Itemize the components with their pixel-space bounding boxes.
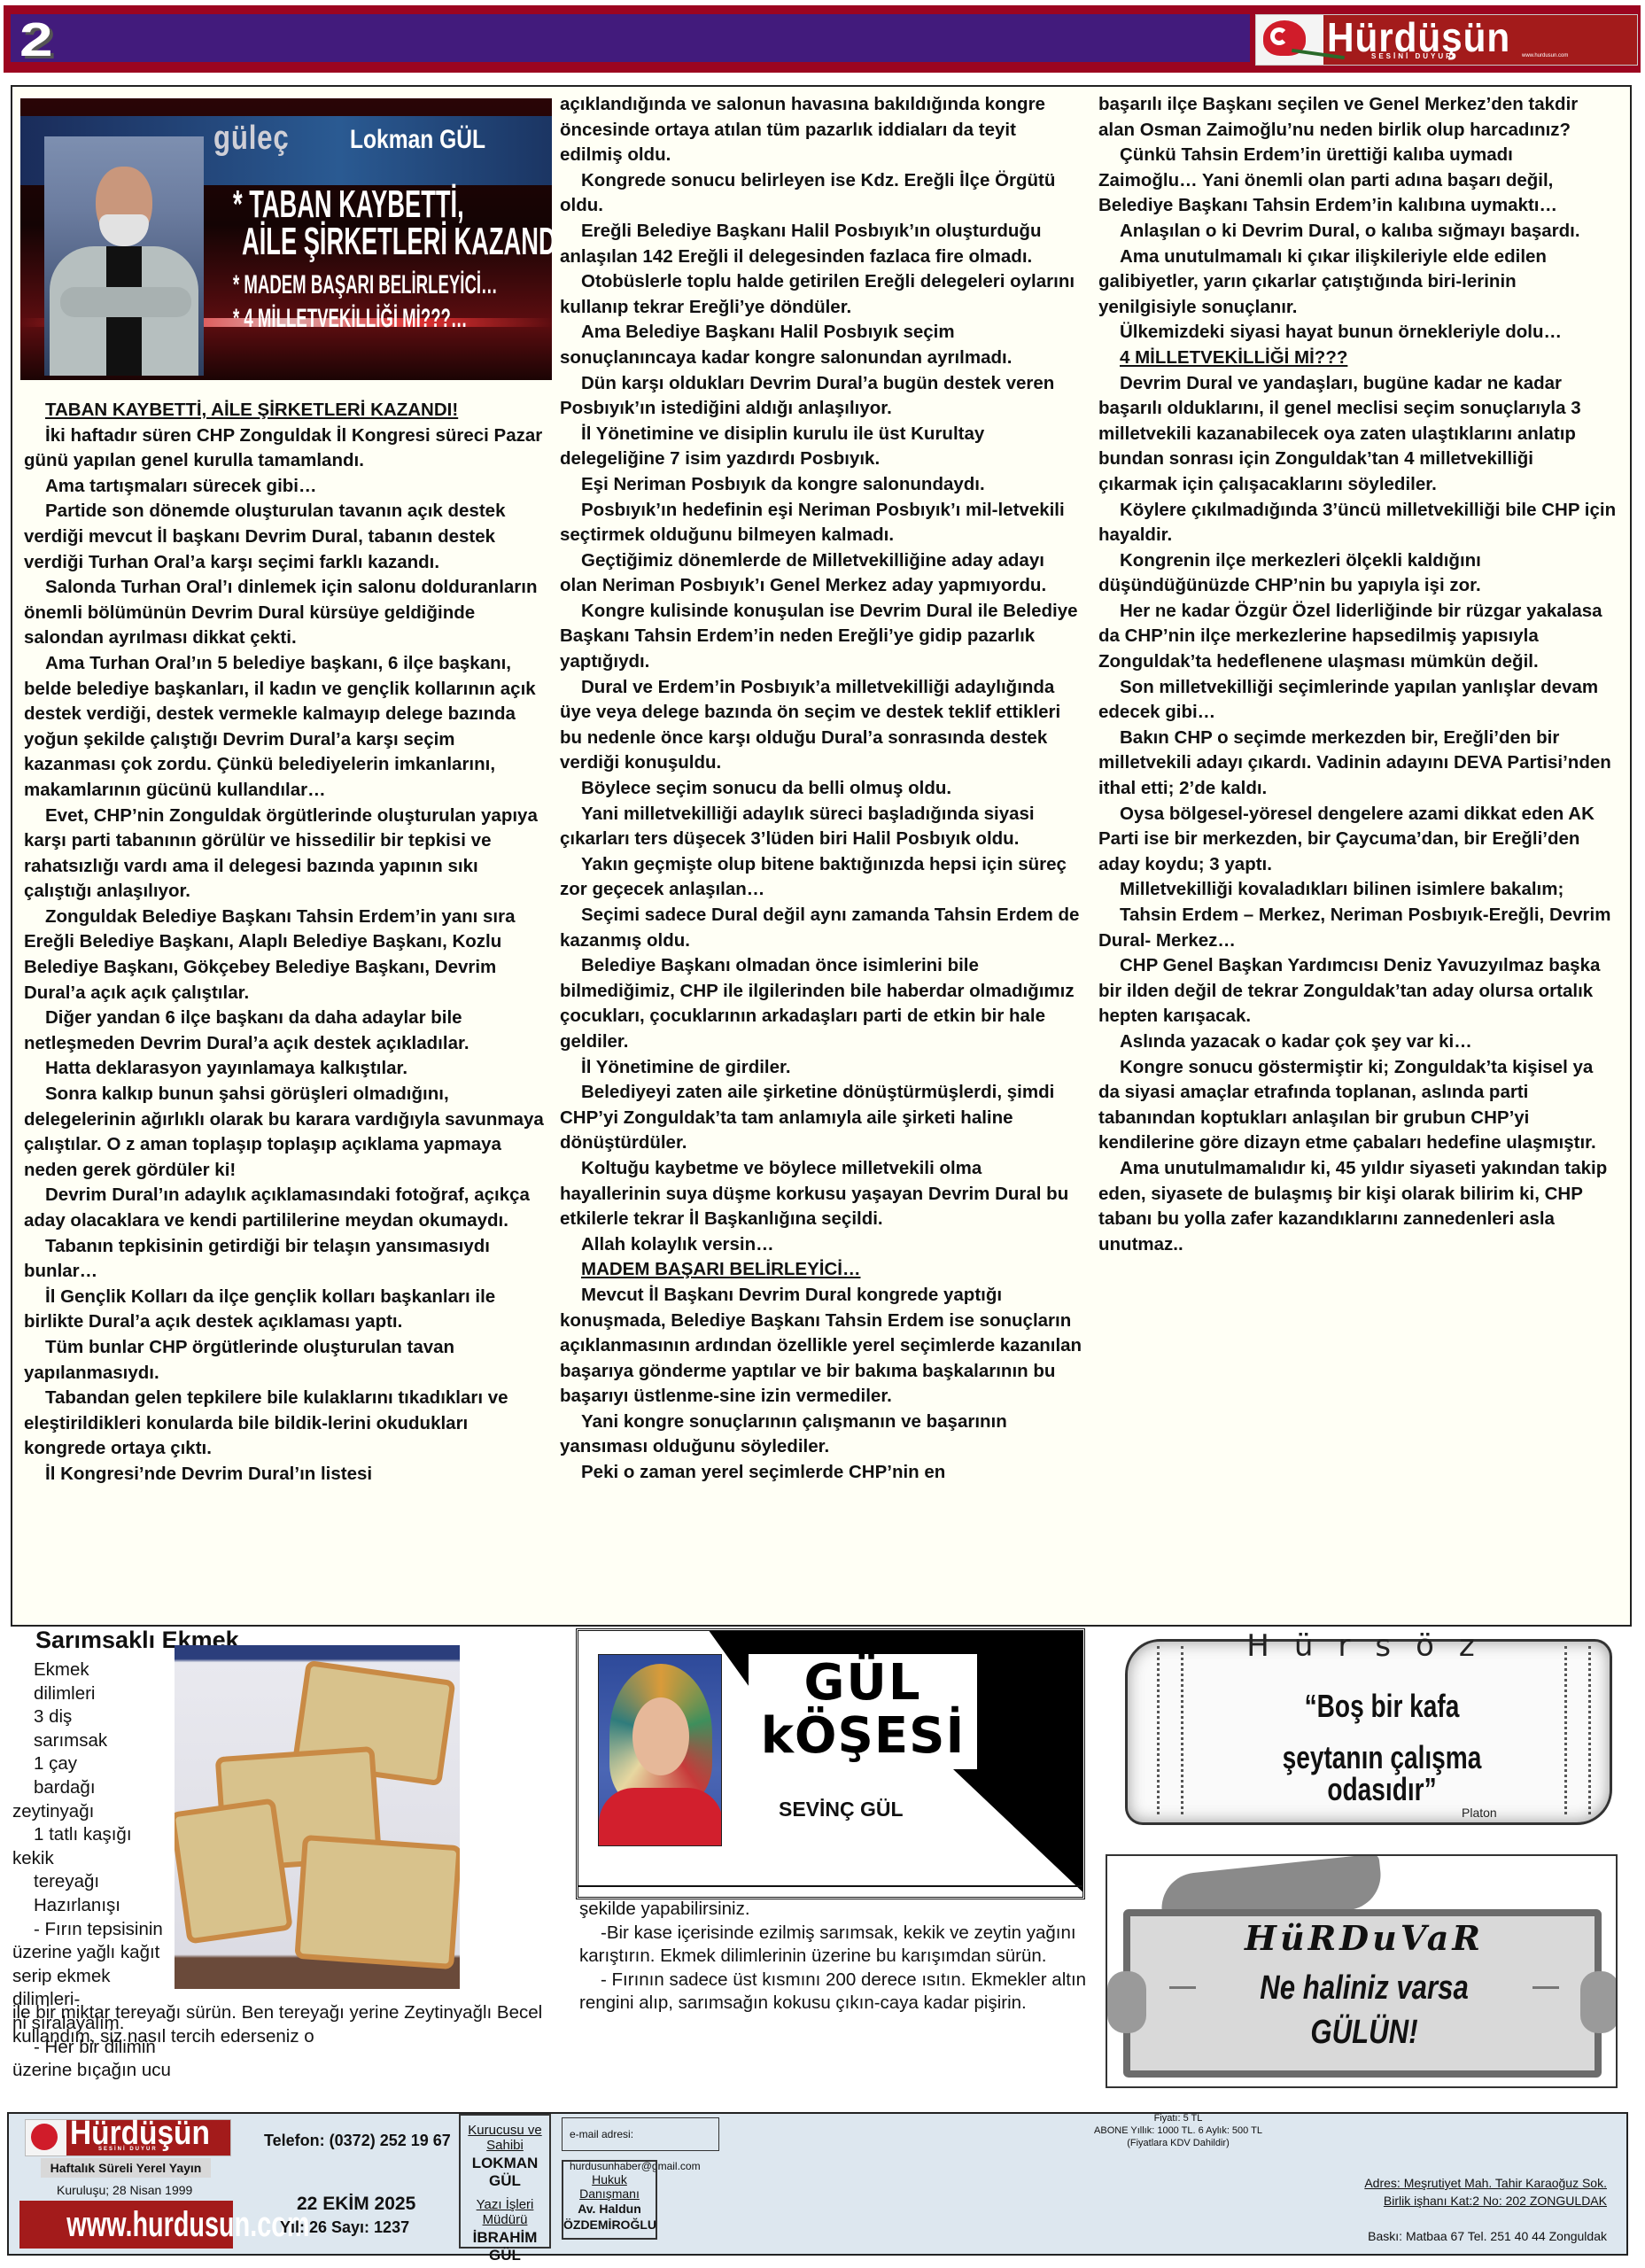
vat-note: (Fiyatlara KDV Dahildir) [1054, 2137, 1302, 2149]
issue-number: Yıl: 26 Sayı: 1237 [280, 2218, 409, 2237]
paragraph: İl Kongresi’nde Devrim Dural’ın listesi [24, 1462, 547, 1487]
title-line-1: GÜL [749, 1658, 977, 1709]
paragraph: Ama unutulmamalı ki çıkar ilişkileriyle … [1098, 245, 1617, 321]
hurduvar-box: HüRDuVaR Ne haliniz varsa GÜLÜN! [1106, 1854, 1618, 2088]
recipe-line: üzerine yağlı kağıt [12, 1941, 172, 1965]
logo-url: www.hurdusun.com [1522, 53, 1568, 58]
owner-box: Kurucusu ve Sahibi LOKMAN GÜL Yazı İşler… [459, 2114, 551, 2249]
recipe-line: dilimleri [12, 1682, 172, 1706]
owner-name: LOKMAN GÜL [461, 2155, 549, 2190]
paragraph-continued: açıklandığında ve salonun havasına bakıl… [560, 92, 1082, 168]
page-number: 2 [19, 16, 53, 64]
gul-kosesi-box: GÜL kÖŞESİ SEVİNÇ GÜL [576, 1628, 1085, 1899]
recipe-line: Ekmek [12, 1658, 172, 1682]
printer-info: Baskı: Matbaa 67 Tel. 251 40 44 Zongulda… [1028, 2229, 1623, 2243]
paragraph: Mevcut İl Başkanı Devrim Dural kongrede … [560, 1283, 1082, 1410]
masthead-band: 2 [11, 14, 1250, 62]
paragraph: Yani kongre sonuçlarının çalışmanın ve b… [560, 1410, 1082, 1460]
paragraph: Tahsin Erdem – Merkez, Neriman Posbıyık-… [1098, 903, 1617, 953]
recipe-line: - Fırının sadece üst kısmını 200 derece … [579, 1969, 1093, 2016]
recipe-paragraph: ile bir miktar tereyağı sürün. Ben terey… [12, 2001, 562, 2048]
recipe-line: -Bir kase içerisinde ezilmiş sarımsak, k… [579, 1922, 1093, 1969]
column-banner: güleç Lokman GÜL * TABAN KAYBETTİ, AİLE … [20, 98, 552, 380]
recipe-line: Hazırlanışı [12, 1894, 172, 1918]
logo-slogan: SESİNİ DUYUR [1371, 52, 1454, 60]
rose-flag-icon [1256, 15, 1323, 65]
paragraph: Yakın geçmişte olup bitene baktığınızda … [560, 852, 1082, 903]
recipe-line: tereyağı [12, 1870, 172, 1894]
paragraph: Anlaşılan o ki Devrim Dural, o kalıba sı… [1098, 219, 1617, 245]
footer-logo-slogan: SESİNİ DUYUR [98, 2147, 158, 2152]
recipe-line: bardağı zeytinyağı [12, 1776, 172, 1823]
website-text: www.hurdusun.com [66, 2201, 309, 2249]
paragraph: Bakın CHP o seçimde merkezden bir, Ereğl… [1098, 726, 1617, 802]
newspaper-logo[interactable]: Hürdüşün SESİNİ DUYUR www.hurdusun.com [1255, 14, 1638, 66]
email-address[interactable]: e-mail adresi: hurdusunhaber@gmail.com [562, 2117, 719, 2151]
paragraph: Yani milletvekilliği adaylık süreci başl… [560, 802, 1082, 852]
paragraph: Kongrenin ilçe merkezleri ölçekli kaldığ… [1098, 548, 1617, 599]
paragraph: Ama unutulmamalıdır ki, 45 yıldır siyase… [1098, 1156, 1617, 1257]
paragraph: İl Gençlik Kolları da ilçe gençlik kolla… [24, 1285, 547, 1335]
footer-logo[interactable]: Hürdüşün SESİNİ DUYUR [25, 2119, 231, 2156]
banner-sub-2: * 4 MİLLETVEKİLLİĞİ Mİ???… [233, 306, 468, 332]
paragraph: Salonda Turhan Oral’ı dinlemek için salo… [24, 575, 547, 651]
paragraph: Kongrede sonucu belirleyen ise Kdz. Ereğ… [560, 168, 1082, 219]
paragraph: Böylece seçim sonucu da belli olmuş oldu… [560, 776, 1082, 802]
recipe-line: 1 çay [12, 1752, 172, 1776]
hursoz-header: Hürsöz [1187, 1628, 1559, 1664]
quote-attribution: Platon [1462, 1806, 1497, 1820]
price: Fiyatı: 5 TL [1054, 2112, 1302, 2124]
hand-icon [1107, 1971, 1146, 2033]
recipe-line: - Fırın tepsisinin [12, 1918, 172, 1942]
address-line-1: Adres: Meşrutiyet Mah. Tahir Karaoğuz So… [1028, 2174, 1607, 2192]
legal-label: Hukuk Danışmanı [563, 2172, 656, 2201]
paragraph: Belediye Başkanı olmadan önce isimlerini… [560, 953, 1082, 1054]
phone-number: Telefon: (0372) 252 19 67 [264, 2132, 451, 2150]
garlic-bread-photo [175, 1645, 460, 1989]
recipe-line: üzerine bıçağın ucu [12, 2059, 172, 2083]
paragraph: Her ne kadar Özgür Özel liderliğinde bir… [1098, 599, 1617, 675]
paragraph: Köylere çıkılmadığında 3’üncü milletveki… [1098, 498, 1617, 548]
paragraph: Geçtiğimiz dönemlerde de Milletvekilliği… [560, 548, 1082, 599]
owner-label: Kurucusu ve Sahibi [461, 2123, 549, 2153]
quote-line-2: şeytanın çalışma odasıdır” [1230, 1742, 1533, 1806]
paragraph: Ama Belediye Başkanı Halil Posbıyık seçi… [560, 320, 1082, 370]
title-line-2: kÖŞESİ [749, 1711, 977, 1762]
founded-date: Kuruluşu; 28 Nisan 1999 [57, 2183, 192, 2197]
editor-name: İBRAHİM GÜL [461, 2229, 549, 2264]
paragraph: Koltuğu kaybetme ve böylece milletvekili… [560, 1156, 1082, 1232]
paragraph: Dün karşı oldukları Devrim Dural’a bugün… [560, 371, 1082, 422]
paragraph: CHP Genel Başkan Yardımcısı Deniz Yavuzy… [1098, 953, 1617, 1029]
hurduvar-title: HüRDuVaR [1143, 1918, 1586, 1958]
banner-sub-1: * MADEM BAŞARI BELİRLEYİCİ… [233, 272, 498, 299]
website-link[interactable]: www.hurdusun.com [19, 2201, 233, 2249]
paragraph: Ülkemizdeki siyasi hayat bunun örnekleri… [1098, 320, 1617, 346]
paragraph: Zonguldak Belediye Başkanı Tahsin Erdem’… [24, 905, 547, 1006]
legal-advisor-box: Hukuk Danışmanı Av. Haldun ÖZDEMİROĞLU [562, 2160, 657, 2240]
paragraph: Ama tartışmaları sürecek gibi… [24, 474, 547, 500]
paragraph: İl Yönetimine ve disiplin kurulu ile üst… [560, 422, 1082, 472]
section-subhead: 4 MİLLETVEKİLLİĞİ Mİ??? [1098, 346, 1617, 371]
paragraph: Diğer yandan 6 ilçe başkanı da daha aday… [24, 1006, 547, 1056]
paragraph-continued: başarılı ilçe Başkanı seçilen ve Genel M… [1098, 92, 1617, 143]
paragraph: Peki o zaman yerel seçimlerde CHP’nin en [560, 1460, 1082, 1486]
paragraph: Posbıyık’ın hedefinin eşi Neriman Posbıy… [560, 498, 1082, 548]
article-column-2: açıklandığında ve salonun havasına bakıl… [560, 92, 1082, 1486]
paragraph: Eşi Neriman Posbıyık da kongre salonunda… [560, 472, 1082, 498]
hand-icon [1580, 1971, 1618, 2033]
paragraph: Belediyeyi zaten aile şirketine dönüştür… [560, 1080, 1082, 1156]
quote-line-1: “Boş bir kafa [1230, 1690, 1533, 1722]
legal-name-2: ÖZDEMİROĞLU [563, 2217, 656, 2233]
publication-type: Haftalık Süreli Yerel Yayın [41, 2158, 211, 2178]
address: Adres: Meşrutiyet Mah. Tahir Karaoğuz So… [1028, 2174, 1623, 2210]
address-line-2: Birlik işhanı Kat:2 No: 202 ZONGULDAK [1028, 2192, 1607, 2210]
paragraph: Ereğli Belediye Başkanı Halil Posbıyık’ı… [560, 219, 1082, 269]
paragraph: Tabanın tepkisinin getirdiği bir telaşın… [24, 1234, 547, 1285]
legal-name-1: Av. Haldun [563, 2201, 656, 2217]
paragraph: Evet, CHP’nin Zonguldak örgütlerinde olu… [24, 804, 547, 905]
issue-date: 22 EKİM 2025 [297, 2194, 415, 2215]
recipe-line: 1 tatlı kaşığı kekik [12, 1823, 172, 1870]
article-column-1: TABAN KAYBETTİ, AİLE ŞİRKETLERİ KAZANDI!… [24, 398, 547, 1487]
paragraph: Seçimi sadece Dural değil aynı zamanda T… [560, 903, 1082, 953]
recipe-text-continued: ile bir miktar tereyağı sürün. Ben terey… [12, 2001, 562, 2048]
paragraph: Hatta deklarasyon yayınlamaya kalkıştıla… [24, 1056, 547, 1082]
paragraph: Oysa bölgesel-yöresel dengelere azami di… [1098, 802, 1617, 878]
paragraph: Devrim Dural ve yandaşları, bugüne kadar… [1098, 371, 1617, 498]
paragraph: Milletvekilliği kovaladıkları bilinen is… [1098, 877, 1617, 903]
subscription: ABONE Yıllık: 1000 TL. 6 Aylık: 500 TL [1054, 2124, 1302, 2137]
paragraph: Partide son dönemde oluşturulan tavanın … [24, 499, 547, 575]
paragraph: Sonra kalkıp bunun şahsi görüşleri olmad… [24, 1082, 547, 1183]
paragraph: Dural ve Erdem’in Posbıyık’a milletvekil… [560, 675, 1082, 776]
paragraph: Kongre kulisinde konuşulan ise Devrim Du… [560, 599, 1082, 675]
paragraph: Allah kolaylık versin… [560, 1232, 1082, 1258]
rose-flag-icon [26, 2120, 66, 2155]
gul-kosesi-title: GÜL kÖŞESİ [749, 1654, 977, 1769]
imprint-footer: Hürdüşün SESİNİ DUYUR Haftalık Süreli Ye… [7, 2112, 1628, 2256]
section-subhead: MADEM BAŞARI BELİRLEYİCİ… [560, 1257, 1082, 1283]
paragraph: Devrim Dural’ın adaylık açıklamasındaki … [24, 1183, 547, 1233]
paragraph: Kongre sonucu göstermiştir ki; Zonguldak… [1098, 1055, 1617, 1156]
paragraph: İl Yönetimine de girdiler. [560, 1055, 1082, 1081]
paragraph: Çünkü Tahsin Erdem’in ürettiği kalıba uy… [1098, 143, 1617, 219]
recipe-line: sarımsak [12, 1729, 172, 1753]
author-photo [44, 136, 204, 376]
paragraph: İki haftadır süren CHP Zonguldak İl Kong… [24, 423, 547, 474]
hurduvar-line-1: Ne haliniz varsa [1183, 1969, 1546, 2008]
masthead: 2 Hürdüşün SESİNİ DUYUR www.hurdusun.com [4, 5, 1641, 73]
columnist-photo [598, 1654, 722, 1846]
recipe-line: şekilde yapabilirsiniz. [579, 1898, 1093, 1922]
paragraph: Ama Turhan Oral’ın 5 belediye başkanı, 6… [24, 651, 547, 804]
paragraph: Tabandan gelen tepkilere bile kulakların… [24, 1386, 547, 1462]
paragraph: Tüm bunlar CHP örgütlerinde oluşturulan … [24, 1335, 547, 1386]
column-author: Lokman GÜL [350, 125, 485, 155]
price-info: Fiyatı: 5 TL ABONE Yıllık: 1000 TL. 6 Ay… [1054, 2112, 1302, 2149]
columnist-name: SEVİNÇ GÜL [779, 1798, 904, 1821]
recipe-line: 3 diş [12, 1705, 172, 1729]
article-column-3: başarılı ilçe Başkanı seçilen ve Genel M… [1098, 92, 1617, 1257]
section-subhead: TABAN KAYBETTİ, AİLE ŞİRKETLERİ KAZANDI! [24, 398, 547, 423]
hurduvar-line-2: GÜLÜN! [1183, 2014, 1546, 2052]
banner-headline-1: * TABAN KAYBETTİ, [233, 185, 464, 224]
banner-headline-2: AİLE ŞİRKETLERİ KAZANDI! [242, 222, 552, 261]
editor-label: Yazı İşleri Müdürü [461, 2197, 549, 2227]
paragraph: Otobüslerle toplu halde getirilen Ereğli… [560, 269, 1082, 320]
hursoz-quote-box: Hürsöz “Boş bir kafa şeytanın çalışma od… [1107, 1628, 1630, 1839]
recipe-steps: şekilde yapabilirsiniz.-Bir kase içerisi… [579, 1898, 1093, 2016]
column-name: güleç [213, 120, 289, 158]
paragraph: Aslında yazacak o kadar çok şey var ki… [1098, 1029, 1617, 1055]
paragraph: Son milletvekilliği seçimlerinde yapılan… [1098, 675, 1617, 726]
